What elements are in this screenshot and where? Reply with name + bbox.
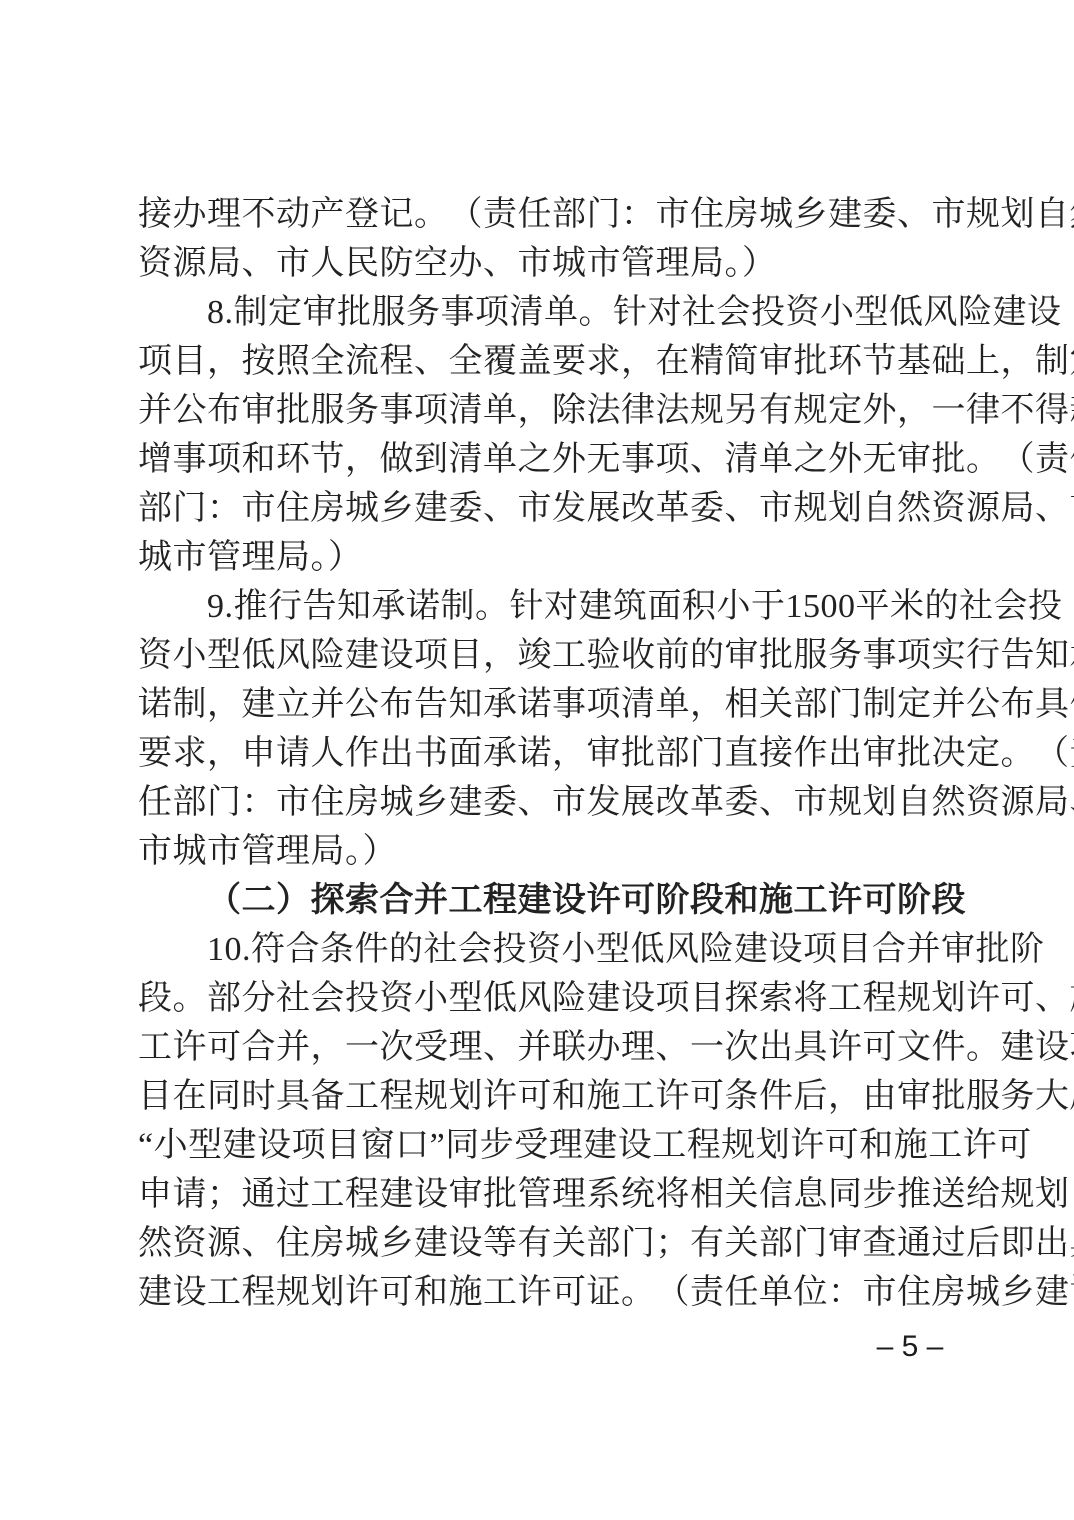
glyph: 联 [552,1023,587,1072]
glyph: 革 [656,484,691,533]
glyph: ， [483,631,518,680]
glyph: 社 [959,582,994,631]
text-line: “小型建设项目窗口”同步受理建设工程规划许可和施工许可 [138,1121,962,1170]
glyph: 可 [863,1023,898,1072]
glyph: 服 [794,631,829,680]
glyph: 务 [406,288,441,337]
glyph: 行 [966,631,1001,680]
glyph: 服 [966,1072,1001,1121]
glyph: 不 [1001,386,1036,435]
glyph: 审 [897,435,932,484]
glyph: 型 [188,1121,223,1170]
glyph: 项 [1070,1023,1074,1072]
glyph: 然 [138,1219,173,1268]
glyph: 事 [173,435,208,484]
glyph: 划 [1001,190,1036,239]
text-line: 资小型低风险建设项目，竣工验收前的审批服务事项实行告知承 [138,631,962,680]
glyph: 设 [380,631,415,680]
glyph: 无 [863,435,898,484]
glyph: 可 [380,1268,415,1317]
glyph: （ [449,190,484,239]
glyph: 、 [414,337,449,386]
glyph: 部 [173,778,208,827]
glyph: 低 [889,288,924,337]
glyph: 厅 [1070,1072,1074,1121]
glyph: 证 [587,1268,622,1317]
glyph: 项 [414,386,449,435]
glyph: 委 [725,778,760,827]
glyph: 人 [311,729,346,778]
glyph: 查 [863,1219,898,1268]
glyph: 定 [828,386,863,435]
glyph: 险 [552,974,587,1023]
glyph: ： [828,1268,863,1317]
glyph: 城 [380,778,415,827]
glyph: 到 [414,435,449,484]
glyph: 即 [1001,1219,1036,1268]
glyph: 律 [621,386,656,435]
glyph: 责 [1035,435,1070,484]
glyph: 任 [1070,435,1074,484]
glyph: 接 [759,729,794,778]
glyph: 资 [173,1219,208,1268]
glyph: 局 [1035,778,1070,827]
glyph: 目 [326,1121,361,1170]
glyph: 门 [173,484,208,533]
glyph: 社 [424,925,459,974]
glyph: 窗 [361,1121,396,1170]
glyph: 自 [1035,190,1070,239]
glyph: 市 [552,778,587,827]
glyph: 划 [1035,1170,1070,1219]
glyph: 并 [932,680,967,729]
glyph: 告 [303,582,338,631]
glyph: ： [242,778,277,827]
glyph: 动 [276,190,311,239]
glyph: 设 [1027,288,1062,337]
glyph: 申 [242,729,277,778]
glyph: 项 [207,435,242,484]
glyph: 许 [966,974,1001,1023]
glyph: 改 [656,778,691,827]
glyph: 建 [734,925,769,974]
text-line: 并公布审批服务事项清单，除法律法规另有规定外，一律不得新 [138,386,962,435]
glyph: 程 [345,1170,380,1219]
glyph: 资 [380,974,415,1023]
glyph: 理 [449,1023,484,1072]
glyph: 建 [1035,1268,1070,1317]
glyph: 务 [828,631,863,680]
glyph: 无 [587,435,622,484]
glyph: 责 [690,1268,725,1317]
glyph: 位 [794,1268,829,1317]
glyph: 资 [966,778,1001,827]
glyph: 承 [483,729,518,778]
glyph: 施 [1070,974,1074,1023]
glyph: 1500 [786,582,856,631]
glyph: 9. [207,582,234,631]
glyph: 同 [207,1072,242,1121]
glyph: 住 [276,1219,311,1268]
glyph: 告 [414,680,449,729]
glyph: 步 [480,1121,515,1170]
glyph: 自 [863,484,898,533]
glyph: 划 [311,1268,346,1317]
glyph: 会 [458,925,493,974]
glyph: 项 [656,435,691,484]
glyph: 务 [345,386,380,435]
glyph: 风 [276,631,311,680]
glyph: 审 [587,729,622,778]
text-line: 建设工程规划许可和施工许可证。（责任单位：市住房城乡建设 [138,1268,962,1317]
glyph: 定 [897,680,932,729]
glyph: 建 [1001,1023,1036,1072]
glyph: 许 [345,1268,380,1317]
glyph: 8. [207,288,234,337]
glyph: 次 [380,1023,415,1072]
glyph: 单 [544,288,579,337]
glyph: 门 [690,729,725,778]
glyph: 规 [721,1121,756,1170]
glyph: 目 [690,974,725,1023]
glyph: 社 [276,974,311,1023]
glyph: 理 [552,1170,587,1219]
text-line: 然资源、住房城乡建设等有关部门；有关部门审查通过后即出具 [138,1219,962,1268]
glyph: ， [897,386,932,435]
glyph: 公 [966,680,1001,729]
glyph: 针 [510,582,545,631]
glyph: 设 [1070,1268,1074,1317]
text-line: 部门：市住房城乡建委、市发展改革委、市规划自然资源局、市 [138,484,962,533]
glyph: 许 [656,1072,691,1121]
glyph: 收 [621,631,656,680]
glyph: 可 [690,1072,725,1121]
glyph: 委 [863,190,898,239]
glyph: 房 [311,1219,346,1268]
glyph: 条 [725,1072,760,1121]
glyph: 制 [863,680,898,729]
glyph: 目 [449,631,484,680]
glyph: 筑 [613,582,648,631]
glyph: 推 [897,1170,932,1219]
glyph: 告 [1001,631,1036,680]
glyph: 承 [1070,631,1074,680]
glyph: 设 [618,1121,653,1170]
glyph: 受 [514,1121,549,1170]
glyph: 积 [682,582,717,631]
glyph: 竣 [518,631,553,680]
glyph: 事 [863,631,898,680]
glyph: 。 [173,974,208,1023]
glyph: 求 [173,729,208,778]
glyph: 给 [966,1170,1001,1219]
glyph: 任 [138,778,173,827]
glyph: 知 [449,680,484,729]
glyph: 革 [690,778,725,827]
glyph: 审 [863,729,898,778]
glyph: 部 [207,974,242,1023]
glyph: 批 [621,729,656,778]
glyph: 投 [493,925,528,974]
glyph: 审 [897,1072,932,1121]
glyph: 前 [656,631,691,680]
glyph: 设 [449,1219,484,1268]
glyph: 型 [449,974,484,1023]
glyph: 过 [932,1219,967,1268]
glyph: 住 [690,190,725,239]
glyph: 然 [897,484,932,533]
text-line: 任部门：市住房城乡建委、市发展改革委、市规划自然资源局、 [138,778,962,827]
glyph: 全 [311,337,346,386]
glyph: ； [207,1170,242,1219]
glyph: 城 [966,1268,1001,1317]
glyph: 型 [207,631,242,680]
glyph: 资 [932,484,967,533]
glyph: 、 [690,435,725,484]
glyph: 住 [276,484,311,533]
glyph: 乡 [380,1219,415,1268]
glyph: 过 [276,1170,311,1219]
glyph: 文 [897,1023,932,1072]
glyph: 统 [621,1170,656,1219]
glyph: 并 [518,1023,553,1072]
glyph: 资 [527,925,562,974]
glyph: 建 [993,288,1028,337]
glyph: 关 [725,1170,760,1219]
glyph: 市 [656,190,691,239]
glyph: 批 [932,435,967,484]
glyph: 外 [828,435,863,484]
glyph: 设 [1035,1023,1070,1072]
glyph: 风 [924,288,959,337]
glyph: 自 [1070,1170,1074,1219]
text-line: 增事项和环节，做到清单之外无事项、清单之外无审批。（责任 [138,435,962,484]
glyph: 发 [587,778,622,827]
document-page: 接办理不动产登记。（责任部门：市住房城乡建委、市规划自然资源局、市人民防空办、市… [0,0,1074,1520]
glyph: 许 [483,1072,518,1121]
glyph: ， [621,337,656,386]
glyph: 诺 [518,680,553,729]
glyph: 小 [820,288,855,337]
glyph: 施 [449,1268,484,1317]
glyph: 诺 [406,582,441,631]
glyph: 建 [138,1268,173,1317]
glyph: 承 [372,582,407,631]
glyph: 合 [286,925,321,974]
glyph: 程 [687,1121,722,1170]
glyph: 委 [449,484,484,533]
glyph: ： [621,190,656,239]
glyph: 制 [234,288,269,337]
glyph: ： [207,484,242,533]
glyph: 工 [483,1268,518,1317]
glyph: 部 [587,1219,622,1268]
glyph: 请 [173,1170,208,1219]
glyph: 事 [441,288,476,337]
glyph: 按 [242,337,277,386]
glyph: 公 [345,680,380,729]
glyph: 险 [311,631,346,680]
glyph: ， [345,435,380,484]
glyph: 乡 [794,190,829,239]
glyph: 针 [613,288,648,337]
glyph: 源 [207,1219,242,1268]
glyph: 事 [552,680,587,729]
glyph: 出 [380,729,415,778]
glyph: 另 [725,386,760,435]
glyph: 市 [759,484,794,533]
glyph: 项 [587,680,622,729]
glyph: 规 [414,1072,449,1121]
glyph: 制 [1035,337,1070,386]
glyph: 任 [725,1268,760,1317]
glyph: 后 [794,1072,829,1121]
glyph: 建 [579,582,614,631]
glyph: 一 [690,1023,725,1072]
glyph: 建 [242,680,277,729]
glyph: 实 [932,631,967,680]
glyph: 批 [794,337,829,386]
glyph: 项 [897,631,932,680]
glyph: 投 [751,288,786,337]
glyph: 门 [794,1219,829,1268]
glyph: 源 [1001,778,1036,827]
glyph: 任 [518,190,553,239]
glyph: “ [138,1121,154,1170]
glyph: 建 [223,1121,258,1170]
glyph: 务 [1001,1072,1036,1121]
glyph: 可 [207,1023,242,1072]
glyph: 对 [648,288,683,337]
glyph: 法 [656,386,691,435]
glyph: 。 [966,435,1001,484]
glyph: 项 [656,974,691,1023]
glyph: 同 [828,1170,863,1219]
glyph: 平 [856,582,891,631]
glyph: 项 [138,337,173,386]
glyph: 市 [518,484,553,533]
text-line: 段。部分社会投资小型低风险建设项目探索将工程规划许可、施 [138,974,962,1023]
glyph: 得 [1035,386,1070,435]
glyph: 米 [890,582,925,631]
glyph: 定 [1070,337,1074,386]
glyph: 设 [257,1121,292,1170]
glyph: 照 [276,337,311,386]
glyph: 产 [311,190,346,239]
glyph: （ [1001,435,1036,484]
glyph: 发 [552,484,587,533]
text-line: 申请；通过工程建设审批管理系统将相关信息同步推送给规划自 [138,1170,962,1219]
glyph: 批 [932,1072,967,1121]
glyph: 于 [751,582,786,631]
text-line: 要求，申请人作出书面承诺，审批部门直接作出审批决定。（责 [138,729,962,778]
glyph: 小 [717,582,752,631]
glyph: 划 [863,778,898,827]
glyph: 制 [441,582,476,631]
glyph: 的 [690,631,725,680]
glyph: 将 [656,1170,691,1219]
glyph: 审 [759,337,794,386]
glyph: 办 [587,1023,622,1072]
glyph: 可 [1001,974,1036,1023]
glyph: 。 [1001,729,1036,778]
glyph: 环 [276,435,311,484]
glyph: 、 [483,484,518,533]
glyph: 大 [1035,1072,1070,1121]
glyph: 具 [1035,680,1070,729]
glyph: 面 [648,582,683,631]
glyph: 风 [665,925,700,974]
glyph: 诺 [138,680,173,729]
glyph: ， [207,337,242,386]
glyph: 系 [587,1170,622,1219]
glyph: 房 [725,190,760,239]
glyph: 程 [863,974,898,1023]
text-line: 市城市管理局。） [138,827,962,876]
glyph: 型 [855,288,890,337]
glyph: ， [207,680,242,729]
glyph: ； [656,1219,691,1268]
glyph: 出 [828,729,863,778]
glyph: 小 [562,925,597,974]
glyph: 门 [207,778,242,827]
text-line: 目在同时具备工程规划许可和施工许可条件后，由审批服务大厅 [138,1072,962,1121]
glyph: 社 [682,288,717,337]
glyph: 许 [828,1023,863,1072]
glyph: 风 [518,974,553,1023]
glyph: 工 [311,1170,346,1219]
glyph: 清 [725,435,760,484]
glyph: 关 [759,680,794,729]
glyph: 并 [138,386,173,435]
glyph: 工 [138,1023,173,1072]
glyph: 批 [483,1170,518,1219]
glyph: 和 [242,435,277,484]
glyph: 门 [621,1219,656,1268]
glyph: 工 [621,1072,656,1121]
glyph: 许 [173,1023,208,1072]
glyph: 件 [355,925,390,974]
glyph: 法 [587,386,622,435]
glyph: 的 [925,582,960,631]
glyph: 单 [759,435,794,484]
text-line: 资源局、市人民防空办、市城市管理局。） [138,239,962,288]
glyph: 探 [725,974,760,1023]
glyph: 作 [345,729,380,778]
glyph: 布 [207,386,242,435]
glyph: 规 [794,484,829,533]
glyph: 在 [656,337,691,386]
glyph: 门 [828,680,863,729]
glyph: 理 [549,1121,584,1170]
glyph: 程 [242,1268,277,1317]
glyph: 建 [414,1219,449,1268]
glyph: 、 [518,778,553,827]
text-line: 接办理不动产登记。（责任部门：市住房城乡建委、市规划自然 [138,190,962,239]
glyph: 验 [587,631,622,680]
glyph: ， [1001,337,1036,386]
glyph: 求 [587,337,622,386]
glyph: 许 [518,1268,553,1317]
text-line: 项目，按照全流程、全覆盖要求，在精简审批环节基础上，制定 [138,337,962,386]
glyph: 局 [1001,484,1036,533]
glyph: 单 [656,680,691,729]
glyph: 有 [518,1219,553,1268]
glyph: 、 [656,1023,691,1072]
glyph: 程 [380,337,415,386]
glyph: 由 [863,1072,898,1121]
glyph: 委 [483,778,518,827]
